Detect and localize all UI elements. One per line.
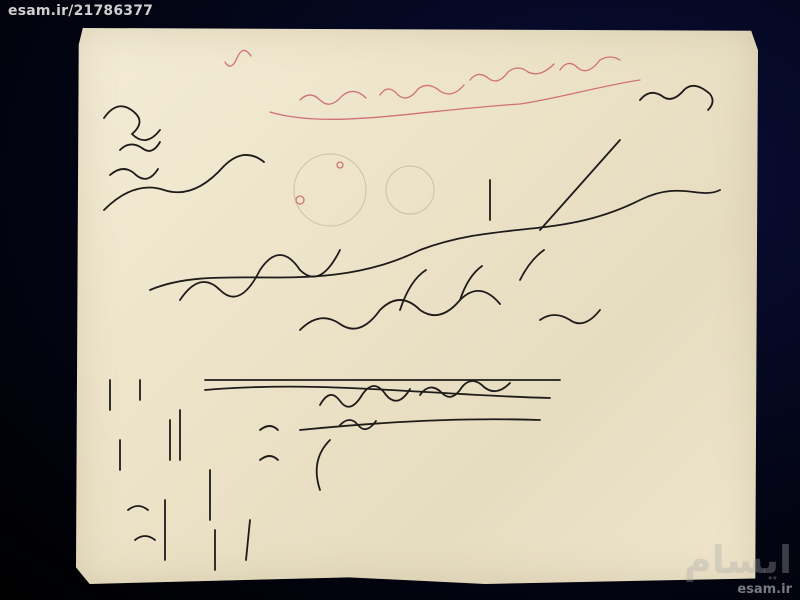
black-ink-text [104,86,720,570]
watermark-site: esam.ir [737,582,792,597]
watermark-url: esam.ir/21786377 [8,3,153,19]
handwriting-layer [0,0,800,600]
postmark [294,154,434,226]
watermark-logo: ایسام [684,538,792,582]
